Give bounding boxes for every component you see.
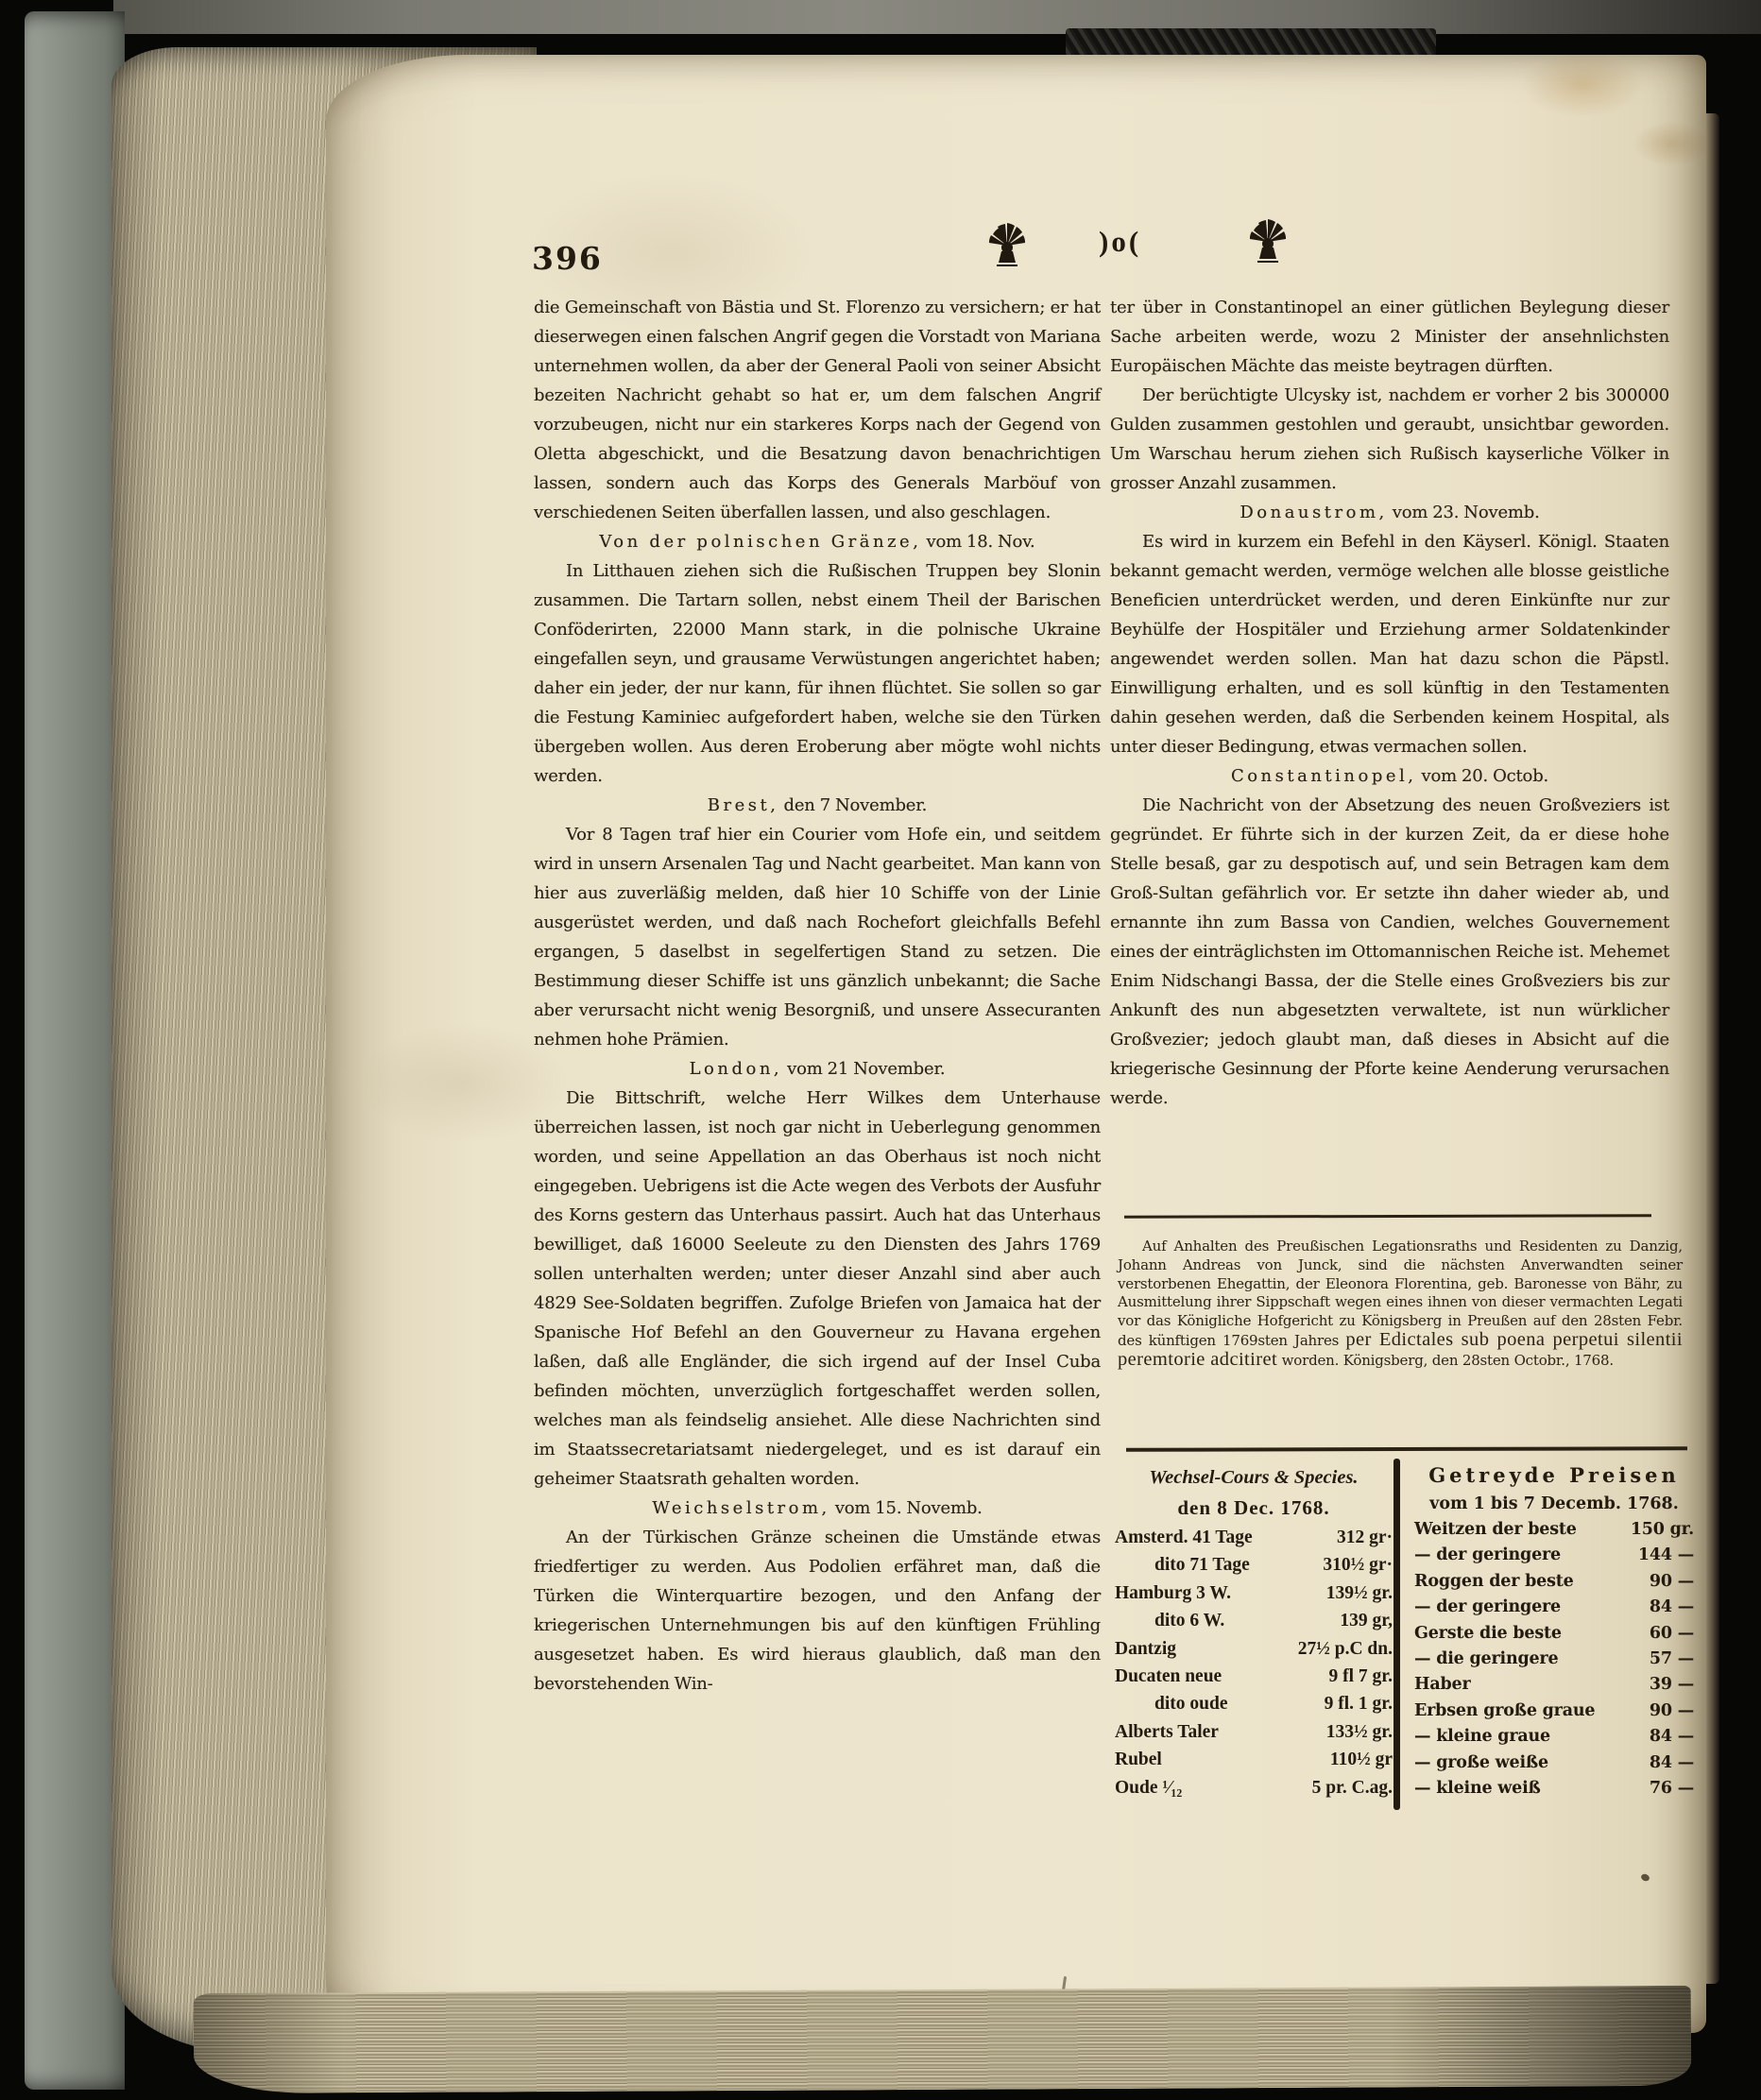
news-paragraph: Die Nachricht von der Absetzung des neue… [1110,791,1669,1113]
dateline-heading: Weichselstrom, vom 15. Novemb. [534,1494,1101,1523]
table-row: — der geringere84 — [1414,1595,1694,1620]
news-paragraph: Der berüchtigte Ulcysky ist, nachdem er … [1110,381,1669,498]
newspaper-page: 396 )o( [326,55,1706,2033]
news-paragraph: An der Türkischen Gränze scheinen die Um… [534,1523,1101,1699]
book-scan-photo: 396 )o( [0,0,1761,2100]
dateline-heading: London, vom 21 November. [534,1054,1101,1084]
exchange-table-title: Wechsel-Cours & Species. [1115,1462,1393,1493]
table-row: Dantzig27½ p.C dn. [1115,1635,1393,1663]
exchange-rate-table: Wechsel-Cours & Species. den 8 Dec. 1768… [1115,1462,1393,1801]
ink-speck [1640,1872,1650,1882]
legal-notice-footnote: Auf Anhalten des Preußischen Legationsra… [1118,1238,1683,1371]
grain-price-table: Getreyde Preisen vom 1 bis 7 Decemb. 176… [1414,1460,1694,1801]
table-row: dito 71 Tage310½ gr· [1115,1551,1393,1579]
tables-top-rule [1126,1446,1687,1452]
table-row: Amsterd. 41 Tage312 gr· [1115,1524,1393,1551]
grain-table-date: vom 1 bis 7 Decemb. 1768. [1414,1491,1694,1517]
table-row: — der geringere144 — [1414,1543,1694,1568]
table-row: Erbsen große graue90 — [1414,1699,1694,1724]
tables-vertical-rule [1393,1459,1400,1810]
table-row: — die geringere57 — [1414,1647,1694,1672]
dateline-heading: Donaustrom, vom 23. Novemb. [1110,498,1669,527]
exchange-table-date: den 8 Dec. 1768. [1115,1493,1393,1524]
table-row: Gerste die beste60 — [1414,1621,1694,1647]
table-row: — kleine graue84 — [1414,1724,1694,1750]
header-ornament-row: )o( [978,217,1318,270]
right-text-column: ter über in Constantinopel an einer gütl… [1110,293,1669,1113]
table-row: Ducaten neue9 fl 7 gr. [1115,1663,1393,1690]
table-row: Haber39 — [1414,1672,1694,1698]
table-row: Weitzen der beste150 gr. [1414,1517,1694,1543]
page-number: 396 [532,240,603,277]
table-row: Roggen der beste90 — [1414,1569,1694,1595]
table-row: Hamburg 3 W.139½ gr. [1115,1579,1393,1607]
dateline-heading: Constantinopel, vom 20. Octob. [1110,761,1669,791]
news-paragraph: ter über in Constantinopel an einer gütl… [1110,293,1669,381]
table-row: — kleine weiß76 — [1414,1776,1694,1801]
next-page-edge [1706,113,1719,1984]
news-paragraph: Vor 8 Tagen traf hier ein Courier vom Ho… [534,820,1101,1054]
ornament-separator: )o( [1099,225,1141,259]
printer-ornament-shell-right-icon [1244,219,1291,263]
table-row: Alberts Taler133½ gr. [1115,1718,1393,1746]
shelf-edge [113,0,1761,34]
table-row: Rubel110½ gr [1115,1746,1393,1773]
news-paragraph: Es wird in kurzem ein Befehl in den Käys… [1110,527,1669,761]
table-row: dito oude9 fl. 1 gr. [1115,1690,1393,1717]
dateline-heading: Brest, den 7 November. [534,791,1101,820]
left-text-column: die Gemeinschaft von Bästia und St. Flor… [534,293,1101,1699]
news-paragraph: Die Bittschrift, welche Herr Wilkes dem … [534,1084,1101,1494]
table-row: Oude ¹⁄₁₂5 pr. C.ag. [1115,1774,1393,1801]
news-paragraph: die Gemeinschaft von Bästia und St. Flor… [534,293,1101,527]
table-row: — große weiße84 — [1414,1750,1694,1776]
news-paragraph: In Litthauen ziehen sich die Rußischen T… [534,556,1101,791]
table-row: dito 6 W.139 gr, [1115,1607,1393,1634]
footnote-divider-rule [1124,1214,1651,1218]
page-stack-bottom-edge [194,1986,1692,2093]
dateline-heading: Von der polnischen Gränze, vom 18. Nov. [534,527,1101,556]
book-cover-board [25,11,125,2090]
printer-ornament-shell-left-icon [983,223,1031,266]
grain-table-title: Getreyde Preisen [1414,1460,1694,1491]
